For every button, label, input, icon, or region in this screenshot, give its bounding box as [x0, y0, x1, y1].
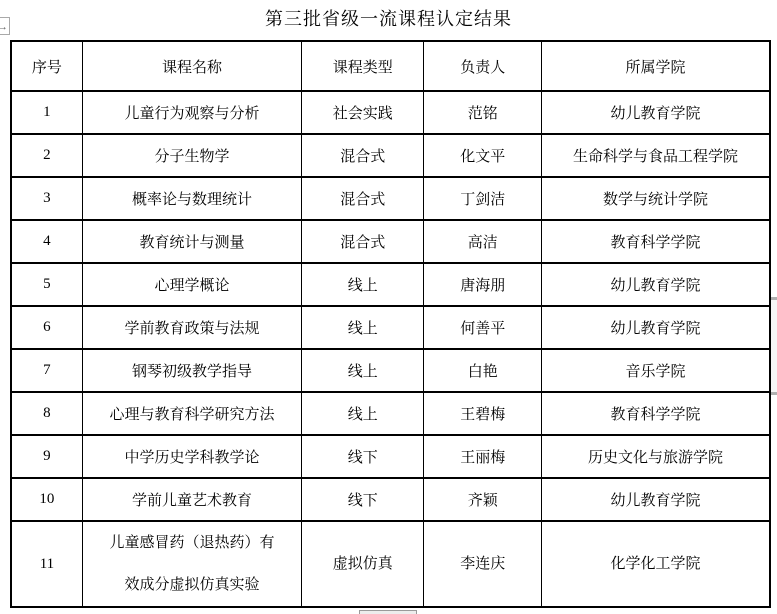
cell-course-type: 线下: [302, 435, 424, 478]
cell-course-type: 混合式: [302, 134, 424, 177]
cell-course-name: 心理与教育科学研究方法: [82, 392, 301, 435]
cell-college: 教育科学学院: [542, 392, 770, 435]
table-row: 11儿童感冒药（退热药）有效成分虚拟仿真实验虚拟仿真李连庆化学化工学院: [11, 521, 770, 607]
cell-course-type: 社会实践: [302, 91, 424, 134]
table-row: 4教育统计与测量混合式高洁教育科学学院: [11, 220, 770, 263]
header-college: 所属学院: [542, 41, 770, 91]
cell-course-name: 分子生物学: [82, 134, 301, 177]
cell-person: 何善平: [424, 306, 542, 349]
cell-index: 6: [11, 306, 82, 349]
cell-course-name: 教育统计与测量: [82, 220, 301, 263]
cell-course-type: 虚拟仿真: [302, 521, 424, 607]
cell-course-type: 线上: [302, 349, 424, 392]
cell-index: 2: [11, 134, 82, 177]
table-row: 10学前儿童艺术教育线下齐颖幼儿教育学院: [11, 478, 770, 521]
cell-person: 范铭: [424, 91, 542, 134]
cell-index: 4: [11, 220, 82, 263]
cell-index: 5: [11, 263, 82, 306]
cell-college: 教育科学学院: [542, 220, 770, 263]
page-title: 第三批省级一流课程认定结果: [0, 5, 777, 31]
cell-course-type: 线上: [302, 392, 424, 435]
cell-index: 9: [11, 435, 82, 478]
cell-person: 丁剑洁: [424, 177, 542, 220]
cell-course-type: 线下: [302, 478, 424, 521]
cell-index: 11: [11, 521, 82, 607]
cell-college: 历史文化与旅游学院: [542, 435, 770, 478]
table-row: 5心理学概论线上唐海朋幼儿教育学院: [11, 263, 770, 306]
table-row: 2分子生物学混合式化文平生命科学与食品工程学院: [11, 134, 770, 177]
cell-index: 10: [11, 478, 82, 521]
header-row: 序号 课程名称 课程类型 负责人 所属学院: [11, 41, 770, 91]
horizontal-scrollbar-thumb[interactable]: [359, 610, 417, 614]
header-index: 序号: [11, 41, 82, 91]
cell-course-name: 儿童感冒药（退热药）有效成分虚拟仿真实验: [82, 521, 301, 607]
table-row: 7钢琴初级教学指导线上白艳音乐学院: [11, 349, 770, 392]
table-row: 3概率论与数理统计混合式丁剑洁数学与统计学院: [11, 177, 770, 220]
cell-index: 1: [11, 91, 82, 134]
cell-index: 3: [11, 177, 82, 220]
cell-college: 数学与统计学院: [542, 177, 770, 220]
cell-index: 8: [11, 392, 82, 435]
cell-college: 幼儿教育学院: [542, 91, 770, 134]
cell-college: 化学化工学院: [542, 521, 770, 607]
cell-course-type: 线上: [302, 306, 424, 349]
header-person: 负责人: [424, 41, 542, 91]
cell-course-type: 线上: [302, 263, 424, 306]
cell-course-type: 混合式: [302, 177, 424, 220]
cell-person: 齐颖: [424, 478, 542, 521]
cell-college: 音乐学院: [542, 349, 770, 392]
cell-college: 生命科学与食品工程学院: [542, 134, 770, 177]
cell-person: 高洁: [424, 220, 542, 263]
table-header: 序号 课程名称 课程类型 负责人 所属学院: [11, 41, 770, 91]
cell-course-name: 概率论与数理统计: [82, 177, 301, 220]
cell-course-name: 心理学概论: [82, 263, 301, 306]
cell-course-name: 钢琴初级教学指导: [82, 349, 301, 392]
cell-person: 王碧梅: [424, 392, 542, 435]
cell-course-name: 学前教育政策与法规: [82, 306, 301, 349]
table-row: 9中学历史学科教学论线下王丽梅历史文化与旅游学院: [11, 435, 770, 478]
cell-course-name: 中学历史学科教学论: [82, 435, 301, 478]
cell-person: 唐海朋: [424, 263, 542, 306]
cell-course-name: 学前儿童艺术教育: [82, 478, 301, 521]
vertical-scrollbar-thumb[interactable]: [771, 297, 777, 395]
header-course-type: 课程类型: [302, 41, 424, 91]
table-body: 1儿童行为观察与分析社会实践范铭幼儿教育学院2分子生物学混合式化文平生命科学与食…: [11, 91, 770, 607]
table-row: 8心理与教育科学研究方法线上王碧梅教育科学学院: [11, 392, 770, 435]
cell-person: 化文平: [424, 134, 542, 177]
cell-course-type: 混合式: [302, 220, 424, 263]
table-row: 1儿童行为观察与分析社会实践范铭幼儿教育学院: [11, 91, 770, 134]
header-course-name: 课程名称: [82, 41, 301, 91]
cell-person: 李连庆: [424, 521, 542, 607]
cell-college: 幼儿教育学院: [542, 306, 770, 349]
courses-table: 序号 课程名称 课程类型 负责人 所属学院 1儿童行为观察与分析社会实践范铭幼儿…: [10, 40, 771, 608]
table-row: 6学前教育政策与法规线上何善平幼儿教育学院: [11, 306, 770, 349]
cell-person: 王丽梅: [424, 435, 542, 478]
cell-college: 幼儿教育学院: [542, 478, 770, 521]
cell-person: 白艳: [424, 349, 542, 392]
cell-course-name: 儿童行为观察与分析: [82, 91, 301, 134]
cell-index: 7: [11, 349, 82, 392]
cell-college: 幼儿教育学院: [542, 263, 770, 306]
